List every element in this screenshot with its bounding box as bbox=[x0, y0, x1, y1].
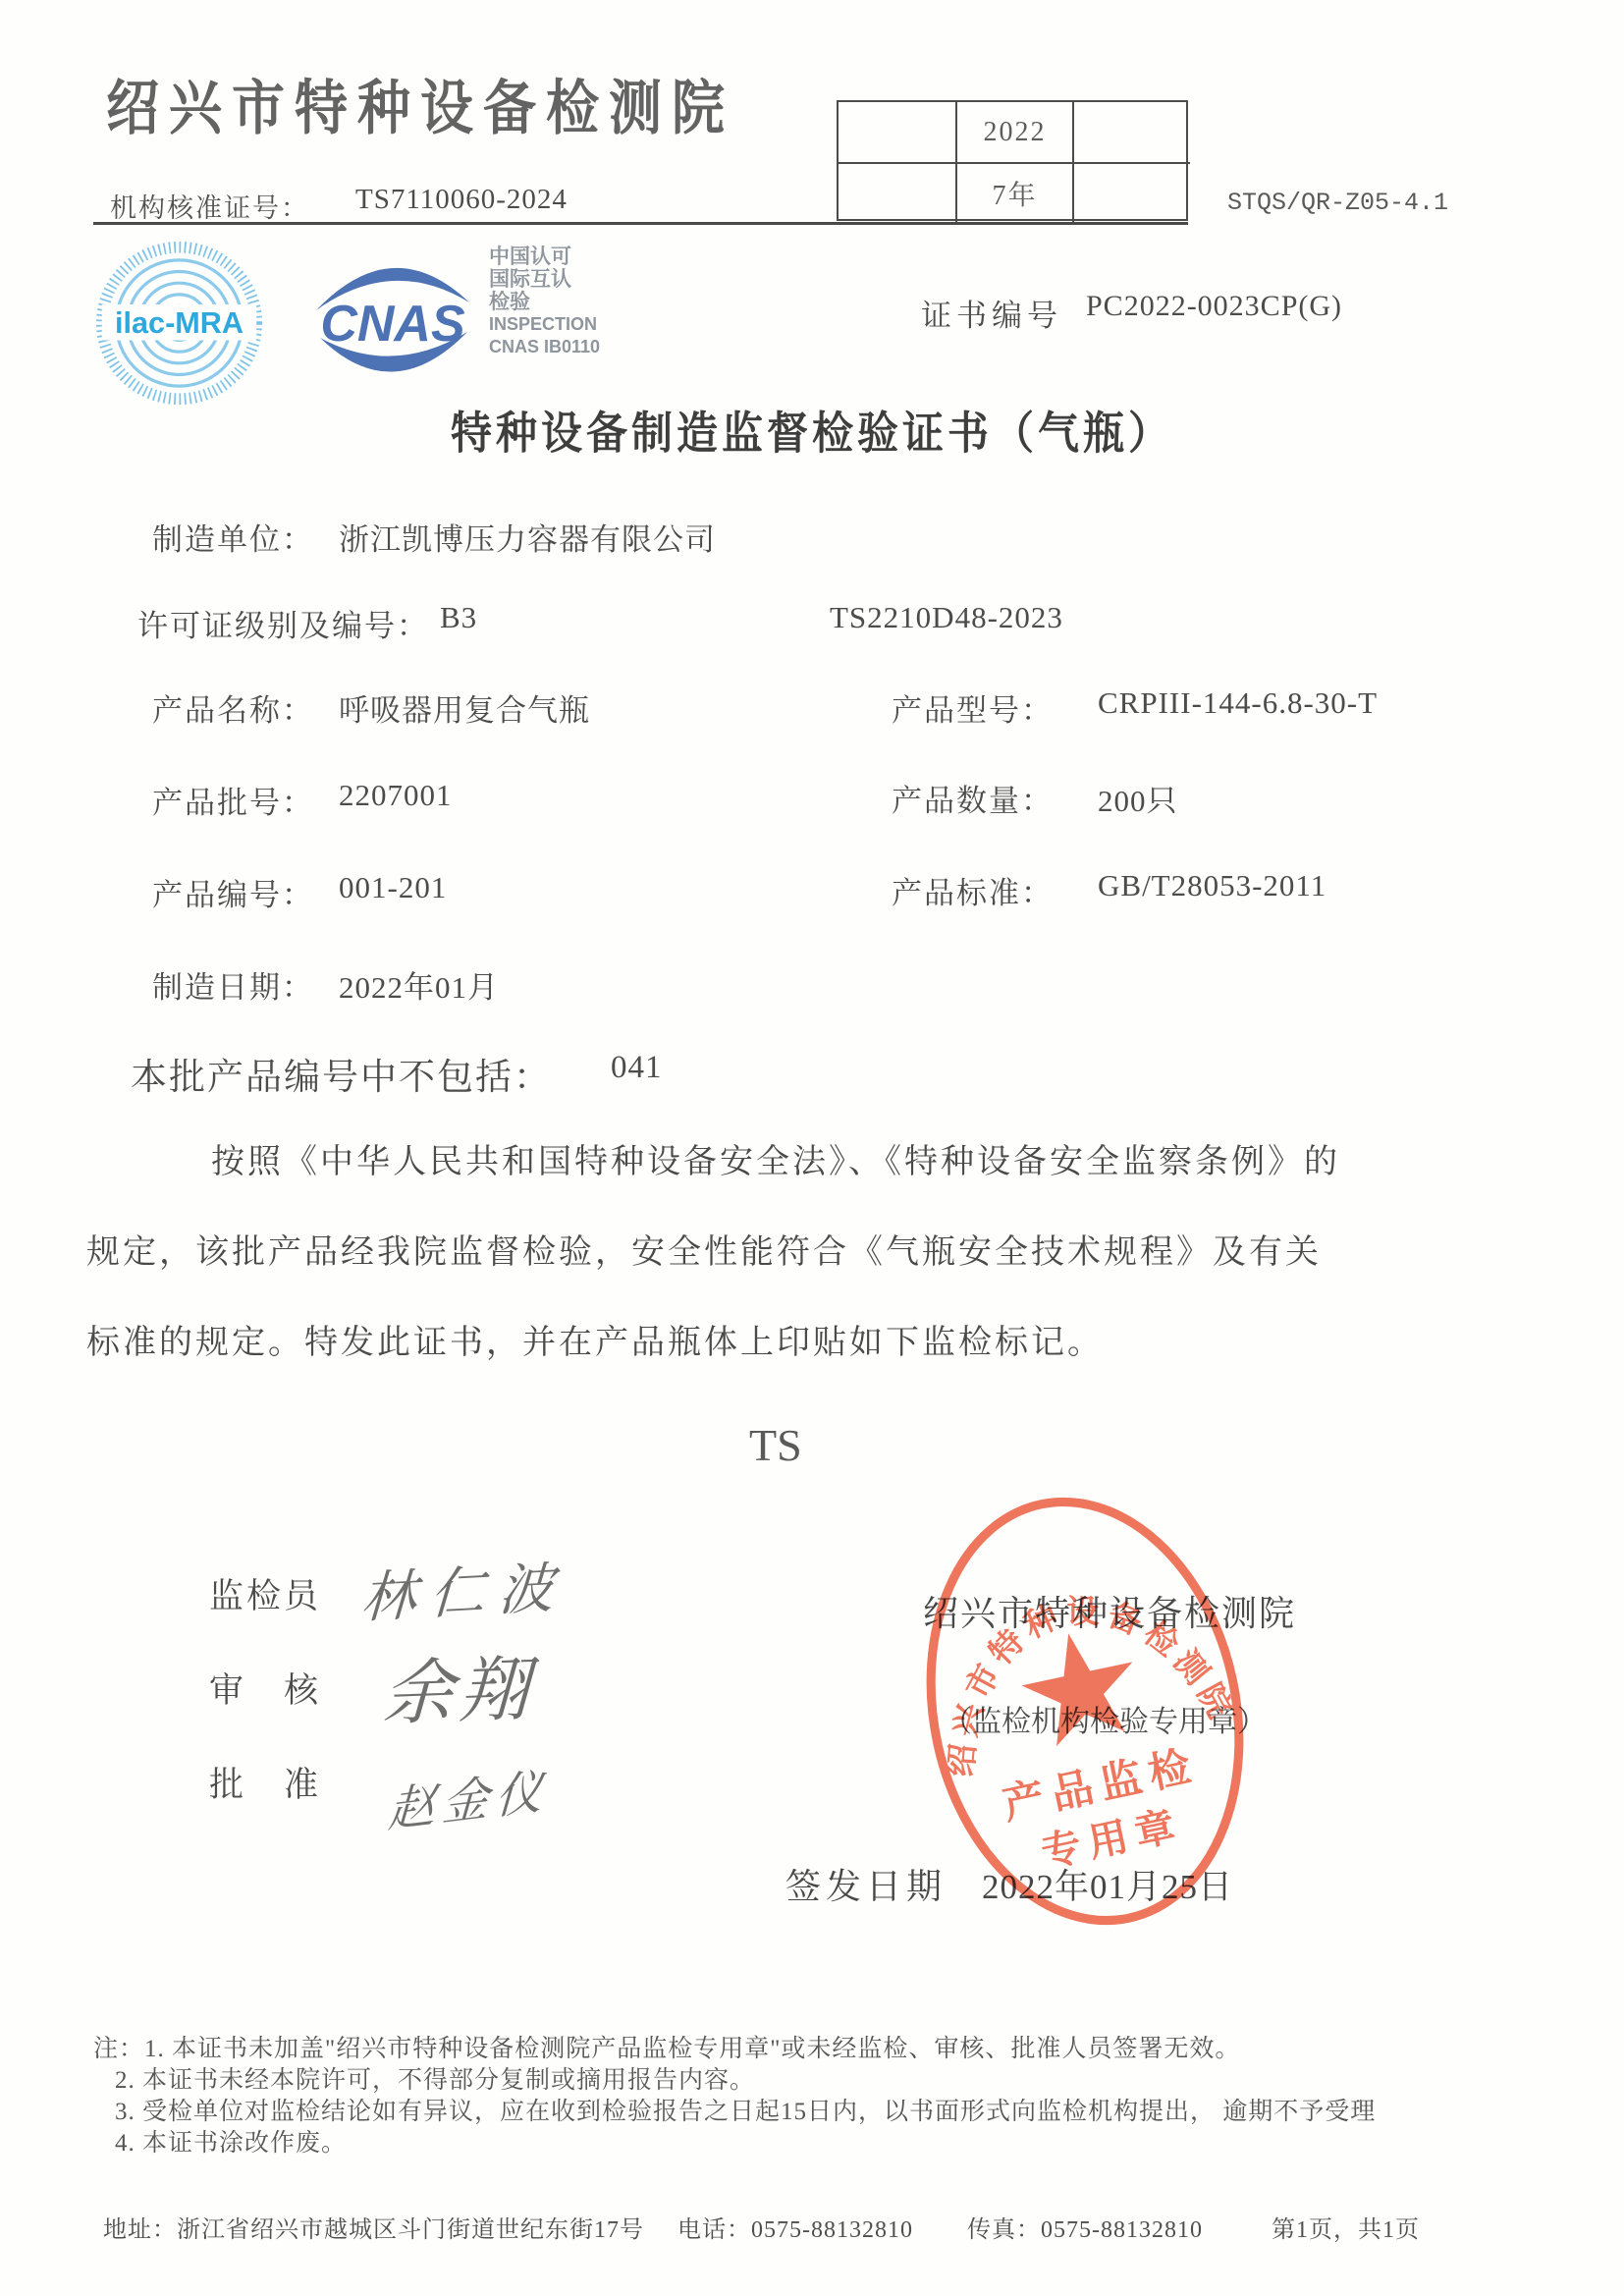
mfg-date-value: 2022年01月 bbox=[339, 962, 499, 1007]
license-grade: B3 bbox=[440, 600, 477, 635]
batch-no-value: 2207001 bbox=[339, 778, 453, 813]
cert-no-value: PC2022-0023CP(G) bbox=[1086, 290, 1342, 323]
product-name-label: 产品名称： bbox=[152, 685, 314, 730]
note-3: 3. 受检单位对监检结论如有异议，应在收到检验报告之日起15日内，以书面形式向监… bbox=[115, 2092, 1376, 2127]
footer-fax: 传真：0575-88132810 bbox=[967, 2210, 1203, 2244]
approver-signature: 赵金仪 bbox=[387, 1752, 551, 1840]
approval-number-value: TS7110060-2024 bbox=[355, 184, 568, 216]
ilac-mra-text: ilac-MRA bbox=[115, 306, 244, 340]
accreditation-line: INSPECTION bbox=[489, 313, 600, 336]
quantity-value: 200只 bbox=[1098, 776, 1178, 820]
accreditation-line: 检验 bbox=[489, 291, 600, 313]
certificate-page: 绍兴市特种设备检测院 2022 7年 机构核准证号： TS7110060-202… bbox=[0, 0, 1624, 2296]
cnas-text: CNAS bbox=[320, 296, 465, 353]
reviewer-signature: 余翔 bbox=[381, 1631, 536, 1739]
note-1: 注：1. 本证书未加盖"绍兴市特种设备检测院产品监检专用章"或未经监检、审核、批… bbox=[93, 2029, 1240, 2064]
footer-address: 地址：浙江省绍兴市越城区斗门街道世纪东街17号 bbox=[103, 2210, 644, 2244]
note-4: 4. 本证书涂改作废。 bbox=[115, 2123, 347, 2159]
accreditation-text-block: 中国认可 国际互认 检验 INSPECTION CNAS IB0110 bbox=[489, 246, 600, 358]
accreditation-line: 中国认可 bbox=[489, 246, 600, 268]
model-label: 产品型号： bbox=[892, 685, 1054, 730]
inspector-signature: 林仁波 bbox=[359, 1544, 569, 1633]
note-2: 2. 本证书未经本院许可，不得部分复制或摘用报告内容。 bbox=[115, 2060, 755, 2096]
header-table-duration: 7年 bbox=[957, 164, 1074, 223]
serial-no-value: 001-201 bbox=[339, 870, 447, 905]
manufacturer-label: 制造单位： bbox=[152, 515, 314, 559]
excluded-value: 041 bbox=[611, 1050, 663, 1086]
ilac-mra-logo: ilac-MRA bbox=[93, 239, 265, 408]
header-table-cell bbox=[839, 102, 957, 164]
certificate-title: 特种设备制造监督检验证书（气瓶） bbox=[0, 399, 1624, 463]
institution-title: 绍兴市特种设备检测院 bbox=[106, 61, 734, 145]
inspector-label: 监检员 bbox=[209, 1569, 321, 1618]
accreditation-line: CNAS IB0110 bbox=[489, 336, 600, 358]
standard-label: 产品标准： bbox=[892, 868, 1054, 912]
serial-no-label: 产品编号： bbox=[152, 870, 314, 914]
issue-date-label: 签发日期 bbox=[785, 1859, 947, 1909]
statement-line-1: 按照《中华人民共和国特种设备安全法》、《特种设备安全监察条例》的 bbox=[211, 1134, 1340, 1182]
form-code: STQS/QR-Z05-4.1 bbox=[1227, 189, 1448, 217]
standard-value: GB/T28053-2011 bbox=[1098, 868, 1326, 903]
footer-pages: 第1页，共1页 bbox=[1272, 2210, 1420, 2244]
quantity-label: 产品数量： bbox=[892, 776, 1054, 820]
header-table-year: 2022 bbox=[957, 102, 1074, 164]
approval-number-label: 机构核准证号： bbox=[110, 187, 309, 225]
header-table-cell bbox=[1074, 102, 1190, 164]
approver-label: 批 准 bbox=[209, 1758, 321, 1807]
model-value: CRPIII-144-6.8-30-T bbox=[1098, 685, 1378, 721]
statement-line-3: 标准的规定。特发此证书，并在产品瓶体上印贴如下监检标记。 bbox=[86, 1315, 1104, 1363]
batch-no-label: 产品批号： bbox=[152, 778, 314, 822]
header-table-cell bbox=[1074, 164, 1190, 223]
footer-phone: 电话：0575-88132810 bbox=[677, 2210, 913, 2244]
header-table: 2022 7年 bbox=[837, 100, 1188, 221]
cert-no-label: 证书编号 bbox=[921, 291, 1062, 335]
statement-line-2: 规定，该批产品经我院监督检验，安全性能符合《气瓶安全技术规程》及有关 bbox=[86, 1225, 1322, 1273]
ilac-mra-icon: ilac-MRA bbox=[93, 239, 265, 408]
reviewer-label: 审 核 bbox=[209, 1664, 321, 1713]
header-table-cell bbox=[839, 164, 957, 223]
excluded-label: 本批产品编号中不包括： bbox=[131, 1047, 552, 1100]
mfg-date-label: 制造日期： bbox=[152, 962, 314, 1007]
cnas-logo: CNAS bbox=[310, 247, 475, 393]
header-divider bbox=[93, 222, 1188, 225]
cnas-icon: CNAS bbox=[310, 247, 475, 393]
license-number: TS2210D48-2023 bbox=[830, 600, 1063, 635]
manufacturer-value: 浙江凯博压力容器有限公司 bbox=[339, 515, 716, 559]
license-label: 许可证级别及编号： bbox=[137, 601, 429, 645]
ts-supervision-mark: TS bbox=[749, 1419, 802, 1471]
accreditation-line: 国际互认 bbox=[489, 268, 600, 291]
product-name-value: 呼吸器用复合气瓶 bbox=[339, 685, 590, 730]
